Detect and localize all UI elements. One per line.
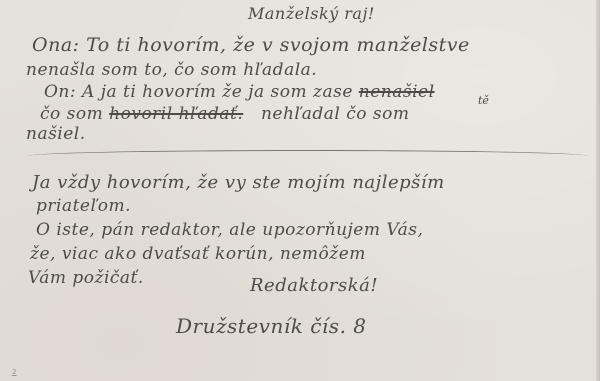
- line-on-1: On: A ja ti hovorím že ja som zase nenaš…: [44, 82, 435, 102]
- line-redaktor-3: Vám požičať.: [28, 268, 144, 288]
- struck-word: nenašiel: [359, 82, 435, 102]
- source-footer: Družstevník čís. 8: [176, 314, 367, 338]
- paper-edge: [596, 0, 600, 381]
- divider-line: [28, 150, 588, 157]
- line-ona-2: nenašla som to, čo som hľadala.: [26, 60, 317, 80]
- line-redaktor-2: že, viac ako dvaťsať korún, nemôžem: [30, 244, 366, 264]
- heading: Manželský raj!: [248, 4, 375, 23]
- page-number: 2: [12, 368, 16, 376]
- struck-phrase: hovoril hľadať.: [109, 104, 243, 124]
- line-ona-1: Ona: To ti hovorím, že v svojom manželst…: [32, 34, 470, 56]
- line-on-2: čo som hovoril hľadať. nehľadal čo som: [40, 104, 409, 124]
- line-on-2-prefix: čo som: [40, 104, 103, 124]
- signature: Redaktorská!: [250, 275, 378, 296]
- line-ja-2: priateľom.: [36, 196, 131, 216]
- line-redaktor-1: O iste, pán redaktor, ale upozorňujem Vá…: [36, 220, 423, 240]
- line-on-1-text: On: A ja ti hovorím že ja som zase: [44, 82, 353, 102]
- line-ja-1: Ja vždy hovorím, že vy ste mojím najlepš…: [32, 172, 445, 193]
- line-on-2-rest: nehľadal čo som: [261, 104, 410, 124]
- insertion-mark: tě: [478, 94, 489, 107]
- manuscript-page: Manželský raj! Ona: To ti hovorím, že v …: [0, 0, 600, 381]
- line-on-3: našiel.: [26, 124, 86, 144]
